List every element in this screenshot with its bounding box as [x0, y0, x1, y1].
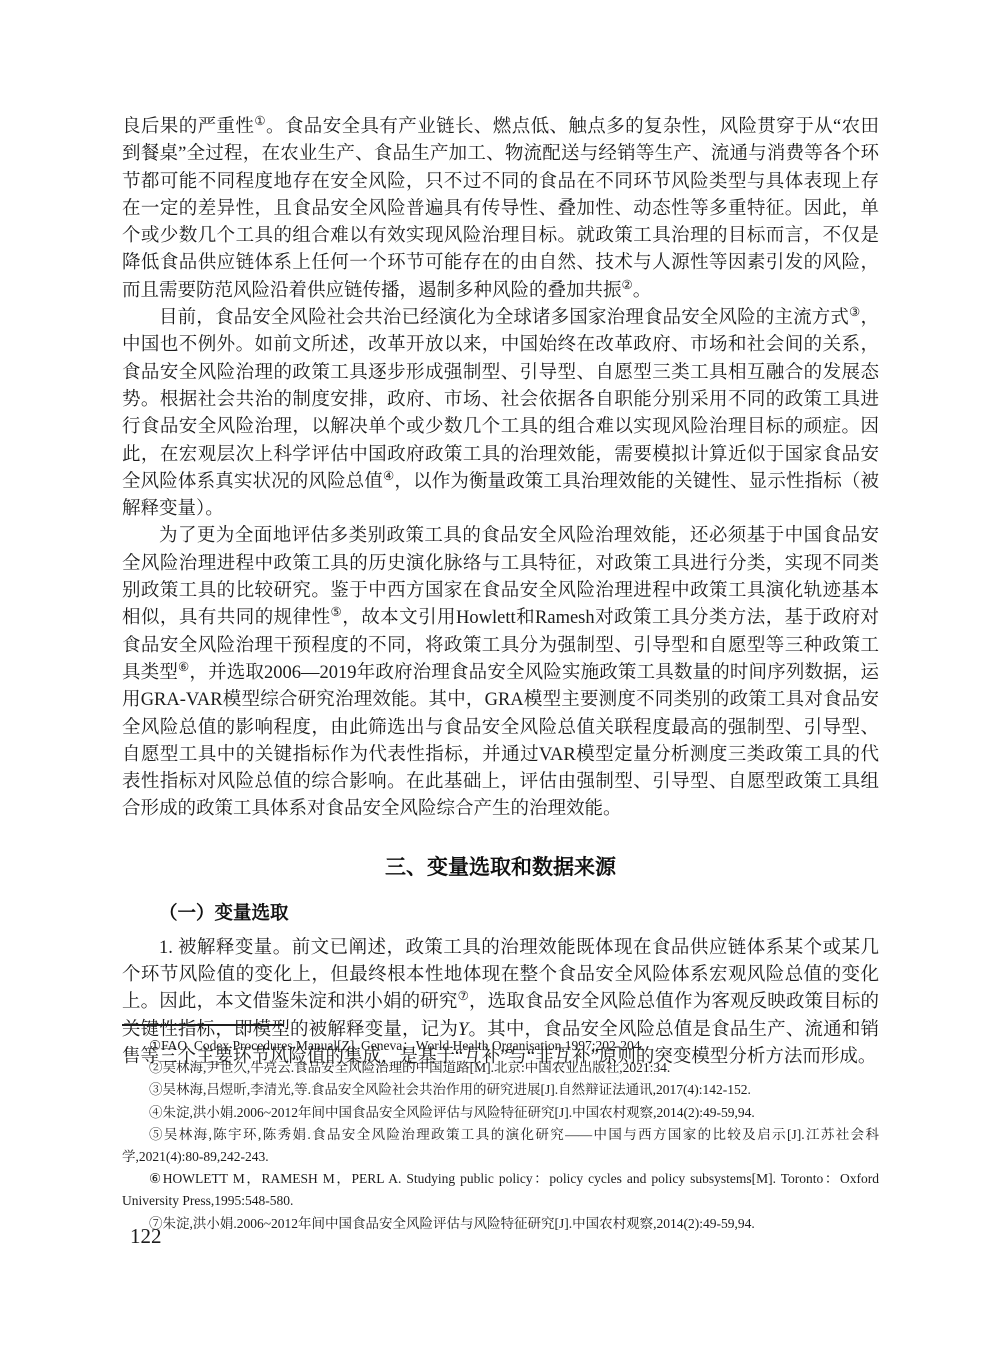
paragraph: 目前，食品安全风险社会共治已经演化为全球诸多国家治理食品安全风险的主流方式③，中… [122, 305, 879, 523]
footnote-area: ①FAO. Codex Procedures Manual[Z]. Geneva… [122, 1024, 879, 1235]
subsection-heading: （一）变量选取 [122, 900, 879, 926]
footnote-item: ⑤吴林海,陈宇环,陈秀娟.食品安全风险治理政策工具的演化研究——中国与西方国家的… [122, 1124, 879, 1168]
document-page: 良后果的严重性①。食品安全具有产业链长、燃点低、触点多的复杂性，风险贯穿于从“农… [0, 0, 1000, 1347]
footnote-item: ①FAO. Codex Procedures Manual[Z]. Geneva… [122, 1035, 879, 1057]
footnote-item: ②吴林海,尹世久,牛亮云.食品安全风险治理的中国道路[M].北京:中国农业出版社… [122, 1057, 879, 1079]
footnote-item: ④朱淀,洪小娟.2006~2012年间中国食品安全风险评估与风险特征研究[J].… [122, 1102, 879, 1124]
footnote-separator [122, 1024, 284, 1026]
paragraph-continuation: 良后果的严重性①。食品安全具有产业链长、燃点低、触点多的复杂性，风险贯穿于从“农… [122, 114, 879, 305]
footnote-item: ⑦朱淀,洪小娟.2006~2012年间中国食品安全风险评估与风险特征研究[J].… [122, 1213, 879, 1235]
section-heading: 三、变量选取和数据来源 [122, 853, 879, 883]
footnote-item: ⑥HOWLETT M，RAMESH M，PERL A. Studying pub… [122, 1168, 879, 1212]
text-block: 良后果的严重性①。食品安全具有产业链长、燃点低、触点多的复杂性，风险贯穿于从“农… [122, 114, 879, 1071]
page-number: 122 [130, 1224, 162, 1249]
footnote-item: ③吴林海,吕煜昕,李清光,等.食品安全风险社会共治作用的研究进展[J].自然辩证… [122, 1079, 879, 1101]
paragraph: 为了更为全面地评估多类别政策工具的食品安全风险治理效能，还必须基于中国食品安全风… [122, 523, 879, 823]
